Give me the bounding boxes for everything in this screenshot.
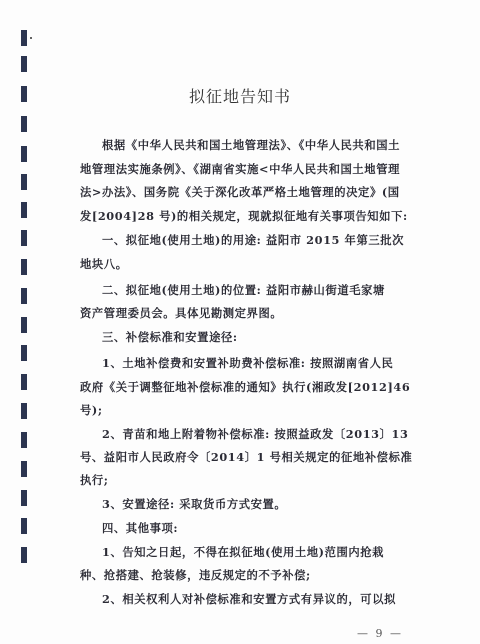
binding-mark [21, 374, 27, 390]
text-line: 一、拟征地(使用土地)的用途: 益阳市 2015 年第三批次 [102, 232, 404, 248]
text-line: 二、拟征地(使用土地)的位置: 益阳市赫山街道毛家塘 [102, 282, 385, 298]
binding-mark [21, 403, 27, 419]
text-line: 1、土地补偿费和安置补助费补偿标准: 按照湖南省人民 [102, 355, 393, 371]
binding-mark [21, 146, 27, 162]
binding-mark [21, 259, 27, 275]
binding-mark [21, 461, 27, 477]
document-page: 拟征地告知书 根据《中华人民共和国土地管理法》、《中华人民共和国土地管理法实施条… [0, 0, 480, 644]
binding-mark [21, 317, 27, 333]
text-line: 号); [80, 402, 103, 418]
binding-mark [21, 345, 27, 361]
text-line: 2、青苗和地上附着物补偿标准: 按照益政发〔2013〕13 [102, 426, 408, 442]
binding-mark [21, 288, 27, 304]
binding-mark [21, 174, 27, 190]
text-line: 3、安置途径: 采取货币方式安置。 [102, 496, 286, 512]
text-line: 政府《关于调整征地补偿标准的通知》执行(湘政发[2012]46 [80, 379, 410, 395]
binding-mark [21, 230, 27, 246]
page-number: — 9 — [357, 627, 403, 640]
text-line: 法>办法》、国务院《关于深化改革严格土地管理的决定》(国 [80, 184, 400, 200]
binding-mark [21, 202, 27, 218]
text-line: 根据《中华人民共和国土地管理法》、《中华人民共和国土 [102, 137, 400, 153]
text-line: 资产管理委员会。具体见勘测定界图。 [80, 305, 282, 321]
binding-dot [30, 37, 32, 39]
binding-mark [21, 432, 27, 448]
text-line: 发[2004]28 号)的相关规定，现就拟征地有关事项告知如下: [80, 208, 408, 224]
text-line: 种、抢搭建、抢装修，违反规定的不予补偿; [80, 567, 311, 583]
binding-mark [21, 116, 27, 132]
binding-mark [21, 518, 27, 534]
binding-mark [21, 56, 27, 72]
document-title: 拟征地告知书 [0, 84, 480, 107]
text-line: 执行; [80, 472, 109, 488]
text-line: 地块八。 [80, 256, 128, 272]
binding-mark [21, 30, 27, 46]
binding-mark [21, 490, 27, 506]
text-line: 地管理法实施条例》、《湖南省实施<中华人民共和国土地管理 [80, 161, 400, 177]
text-line: 四、其他事项: [102, 520, 178, 536]
text-line: 号、益阳市人民政府令〔2014〕1 号相关规定的征地补偿标准 [80, 449, 412, 465]
text-line: 1、告知之日起，不得在拟征地(使用土地)范围内抢栽 [102, 544, 384, 560]
binding-mark [21, 547, 27, 563]
text-line: 2、相关权利人对补偿标准和安置方式有异议的，可以拟 [102, 591, 396, 607]
text-line: 三、补偿标准和安置途径: [102, 329, 238, 345]
